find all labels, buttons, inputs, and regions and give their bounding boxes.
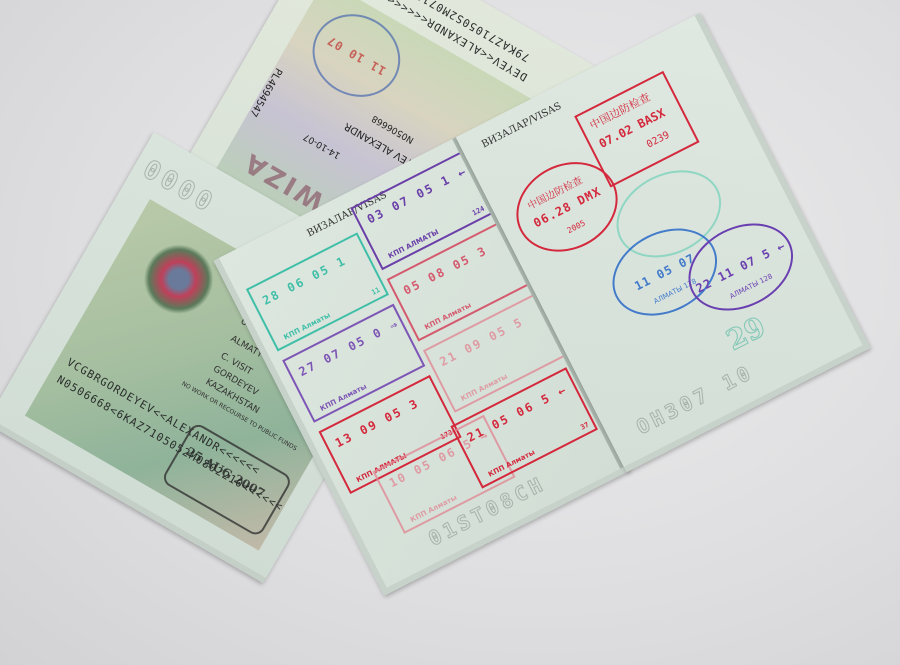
stamp-date: 11 10 07 (324, 33, 388, 78)
stamp-number: 124 (471, 205, 486, 218)
stamp-number: 11 (370, 286, 381, 297)
stamp-year: 2005 (566, 218, 587, 235)
stamp-code: 0239 (645, 130, 671, 151)
stamp-place: КПП Алматы (319, 382, 368, 412)
stamp-place: КПП Алматы (460, 372, 509, 402)
hologram-emblem (131, 231, 227, 327)
page-number: 29 (721, 310, 771, 357)
stamp-date: 25 AUG 2007 (184, 444, 268, 500)
stamp-place: КПП Алматы (282, 311, 331, 341)
stamp-place: КПП Алматы (423, 301, 472, 331)
stamp-number: 37 (579, 421, 590, 432)
stamp-date: 28 06 05 1 (260, 253, 349, 307)
serial-perforation: ОН307 10 (632, 359, 757, 439)
visa-field: 14-10-07 (302, 131, 342, 160)
